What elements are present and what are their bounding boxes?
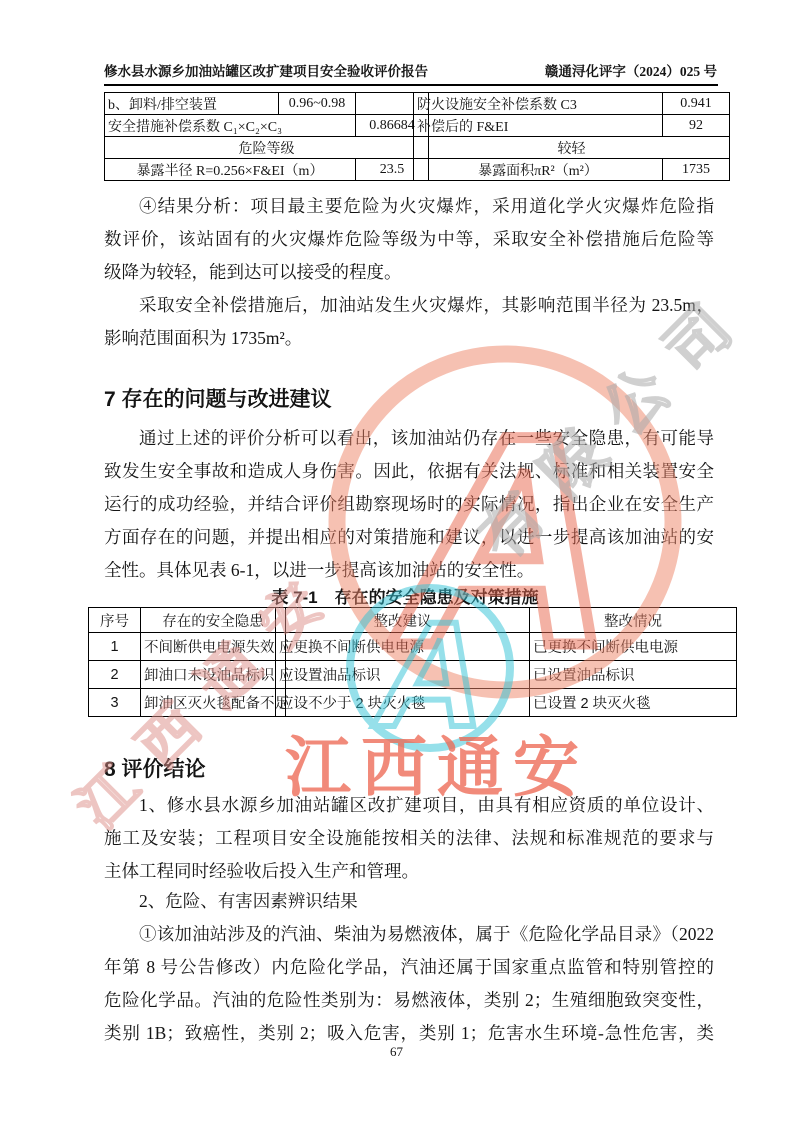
dow-cell-value: 1735 [663,159,730,181]
column-header-suggestion: 整改建议 [276,608,530,633]
paragraph-line: 运行的成功经验，并结合评价组勘察现场时的实际情况，指出企业在安全生产 [104,488,714,521]
dow-cell-label: 暴露半径 R=0.256×F&EI（m） [105,159,356,181]
cell-suggestion: 应设置油品标识 [276,661,530,689]
cell-hazard: 卸油口未设油品标识 [141,661,286,689]
paragraph-line: ④结果分析：项目最主要危险为火灾爆炸，采用道化学火灾爆炸危险指 [104,190,714,223]
dow-table-right: 防火设施安全补偿系数 C3 0.941 补偿后的 F&EI 92 较轻 暴露面积… [413,92,730,181]
cell-suggestion: 应更换不间断供电电源 [276,633,530,661]
header-rule [104,84,718,86]
dow-cell-label: 危险等级 [105,137,429,159]
page-number: 67 [0,1044,793,1060]
dow-cell-label: 暴露面积πR²（m²） [414,159,663,181]
column-header-status: 整改情况 [530,608,737,633]
paragraph-line: 级降为较轻，能到达可以接受的程度。 [104,256,714,289]
cell-status: 已设置 2 块灭火毯 [530,689,737,717]
section-8-heading: 8 评价结论 [104,753,206,783]
cell-hazard: 卸油区灭火毯配备不足 [141,689,286,717]
dow-cell-label: b、卸料/排空装置 [105,93,279,115]
paragraph-line: 致发生安全事故和造成人身伤害。因此，依据有关法规、标准和相关装置安全 [104,455,714,488]
page-header-title: 修水县水源乡加油站罐区改扩建项目安全验收评价报告 [104,60,428,80]
column-header-hazard: 存在的安全隐患 [141,608,286,633]
table-header-row: 序号 存在的安全隐患 [89,608,286,633]
paragraph-line: 通过上述的评价分析可以看出，该加油站仍存在一些安全隐患，有可能导 [104,422,714,455]
table-row: 暴露半径 R=0.256×F&EI（m） 23.5 [105,159,429,181]
dow-cell-label: 安全措施补偿系数 C₁×C₂×C₃ [105,115,356,137]
table-row: 补偿后的 F&EI 92 [414,115,730,137]
paragraph-line: 主体工程同时经验收后投入生产和管理。 [104,855,714,888]
dow-cell-label: 防火设施安全补偿系数 C3 [414,93,663,115]
table-row: 应设不少于 2 块灭火毯 已设置 2 块灭火毯 [276,689,737,717]
table-row: 应更换不间断供电电源 已更换不间断供电电源 [276,633,737,661]
table-header-row: 整改建议 整改情况 [276,608,737,633]
paragraph-line: 数评价，该站固有的火灾爆炸危险等级为中等，采取安全补偿措施后危险等 [104,223,714,256]
cell-suggestion: 应设不少于 2 块灭火毯 [276,689,530,717]
paragraph-line: 方面存在的问题，并提出相应的对策措施和建议，以进一步提高该加油站的安 [104,521,714,554]
paragraph-line: ①该加油站涉及的汽油、柴油为易燃液体，属于《危险化学品目录》（2022 [104,918,714,951]
cell-hazard: 不间断供电电源失效 [141,633,286,661]
table-row: 应设置油品标识 已设置油品标识 [276,661,737,689]
table-7-1-right: 整改建议 整改情况 应更换不间断供电电源 已更换不间断供电电源 应设置油品标识 … [275,607,737,717]
table-row: 3 卸油区灭火毯配备不足 [89,689,286,717]
table-row: 较轻 [414,137,730,159]
table-row: b、卸料/排空装置 0.96~0.98 [105,93,429,115]
table-row: 2 卸油口未设油品标识 [89,661,286,689]
paragraph-line: 危险化学品。汽油的危险性类别为：易燃液体，类别 2；生殖细胞致突变性， [104,984,714,1017]
table-7-1-left: 序号 存在的安全隐患 1 不间断供电电源失效 2 卸油口未设油品标识 3 卸油区… [88,607,286,717]
document-page: 修水县水源乡加油站罐区改扩建项目安全验收评价报告 赣通浔化评字（2024）025… [0,0,793,1122]
table-row: 安全措施补偿系数 C₁×C₂×C₃ 0.86684 [105,115,429,137]
paragraph-line: 影响范围面积为 1735m²。 [104,322,714,355]
column-header-no: 序号 [89,608,141,633]
cell-status: 已更换不间断供电电源 [530,633,737,661]
cell-status: 已设置油品标识 [530,661,737,689]
dow-cell-value: 0.96~0.98 [279,93,356,115]
subheading-line: 2、危险、有害因素辨识结果 [104,885,714,918]
cell-no: 2 [89,661,141,689]
table-row: 危险等级 [105,137,429,159]
dow-cell-value: 较轻 [414,137,730,159]
dow-table-left: b、卸料/排空装置 0.96~0.98 安全措施补偿系数 C₁×C₂×C₃ 0.… [104,92,429,181]
dow-cell-value: 92 [663,115,730,137]
cell-no: 1 [89,633,141,661]
page-header-doc-number: 赣通浔化评字（2024）025 号 [545,60,717,80]
paragraph-line: 采取安全补偿措施后，加油站发生火灾爆炸，其影响范围半径为 23.5m， [104,289,714,322]
paragraph-line: 1、修水县水源乡加油站罐区改扩建项目，由具有相应资质的单位设计、 [104,789,714,822]
dow-cell-value: 0.941 [663,93,730,115]
paragraph-line: 年第 8 号公告修改）内危险化学品，汽油还属于国家重点监管和特别管控的 [104,951,714,984]
table-7-1-caption: 表 7-1 存在的安全隐患及对策措施 [88,583,722,608]
dow-cell-label: 补偿后的 F&EI [414,115,663,137]
table-row: 防火设施安全补偿系数 C3 0.941 [414,93,730,115]
paragraph-line: 施工及安装；工程项目安全设施能按相关的法律、法规和标准规范的要求与 [104,822,714,855]
table-row: 暴露面积πR²（m²） 1735 [414,159,730,181]
cell-no: 3 [89,689,141,717]
table-row: 1 不间断供电电源失效 [89,633,286,661]
section-7-heading: 7 存在的问题与改进建议 [104,383,332,413]
